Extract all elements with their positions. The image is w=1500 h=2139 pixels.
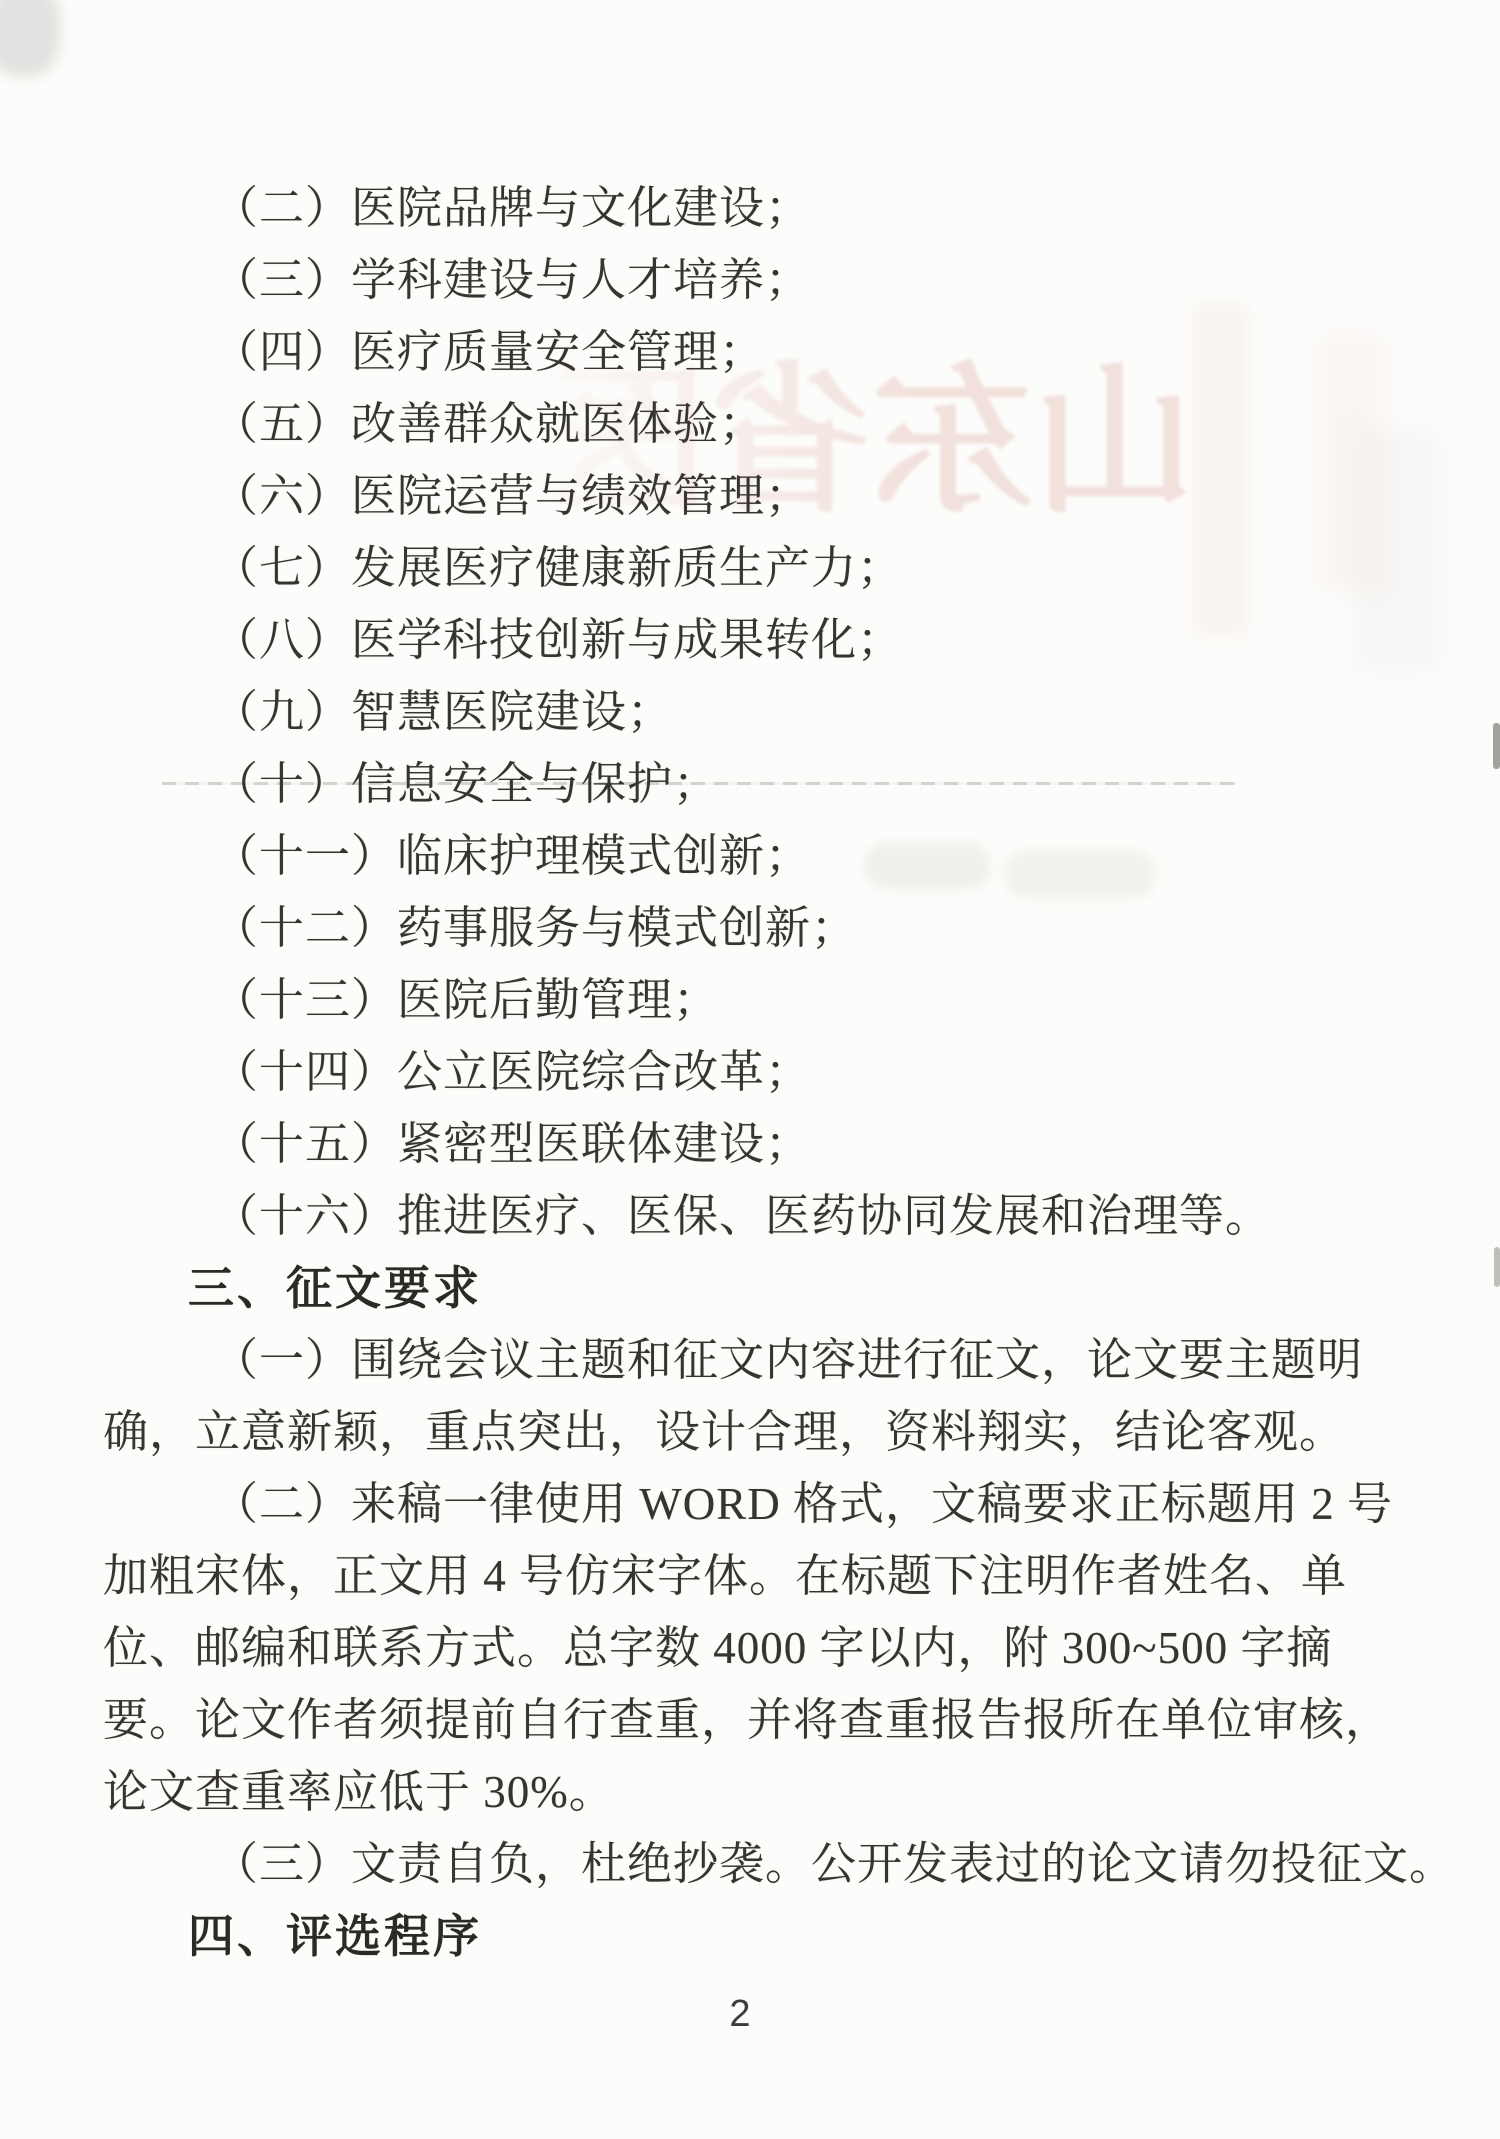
indented-line: （七）发展医疗健康新质生产力；: [103, 532, 1403, 604]
scan-artifact-corner-speck: [0, 0, 60, 76]
indented-line: （四）医疗质量安全管理；: [103, 316, 1403, 388]
paragraph-line: 确，立意新颖，重点突出，设计合理，资料翔实，结论客观。: [103, 1396, 1403, 1468]
indented-line: （九）智慧医院建设；: [103, 676, 1403, 748]
section-heading: 四、评选程序: [103, 1900, 1403, 1972]
indented-line: （三）学科建设与人才培养；: [103, 244, 1403, 316]
indented-line: （十五）紧密型医联体建设；: [103, 1108, 1403, 1180]
paragraph-line: 位、邮编和联系方式。总字数 4000 字以内，附 300~500 字摘: [103, 1612, 1403, 1684]
indented-line: （十三）医院后勤管理；: [103, 964, 1403, 1036]
scanned-document-page: 山东省医 （二）医院品牌与文化建设；（三）学科建设与人才培养；（四）医疗质量安全…: [0, 0, 1500, 2139]
indented-line: （十）信息安全与保护；: [103, 748, 1403, 820]
indented-line: （二）来稿一律使用 WORD 格式，文稿要求正标题用 2 号: [103, 1468, 1403, 1540]
paragraph-line: 论文查重率应低于 30%。: [103, 1756, 1403, 1828]
indented-line: （十一）临床护理模式创新；: [103, 820, 1403, 892]
scan-artifact-edge-mark: [1493, 723, 1500, 769]
indented-line: （八）医学科技创新与成果转化；: [103, 604, 1403, 676]
indented-line: （十四）公立医院综合改革；: [103, 1036, 1403, 1108]
indented-line: （六）医院运营与绩效管理；: [103, 460, 1403, 532]
section-heading: 三、征文要求: [103, 1252, 1403, 1324]
page-number: 2: [0, 1993, 1480, 2035]
document-body: （二）医院品牌与文化建设；（三）学科建设与人才培养；（四）医疗质量安全管理；（五…: [103, 172, 1403, 1972]
indented-line: （十二）药事服务与模式创新；: [103, 892, 1403, 964]
indented-line: （一）围绕会议主题和征文内容进行征文，论文要主题明: [103, 1324, 1403, 1396]
indented-line: （二）医院品牌与文化建设；: [103, 172, 1403, 244]
indented-line: （三）文责自负，杜绝抄袭。公开发表过的论文请勿投征文。: [103, 1828, 1403, 1900]
indented-line: （十六）推进医疗、医保、医药协同发展和治理等。: [103, 1180, 1403, 1252]
paragraph-line: 加粗宋体，正文用 4 号仿宋字体。在标题下注明作者姓名、单: [103, 1540, 1403, 1612]
paragraph-line: 要。论文作者须提前自行查重，并将查重报告报所在单位审核，: [103, 1684, 1403, 1756]
indented-line: （五）改善群众就医体验；: [103, 388, 1403, 460]
scan-artifact-edge-mark: [1494, 1247, 1500, 1287]
